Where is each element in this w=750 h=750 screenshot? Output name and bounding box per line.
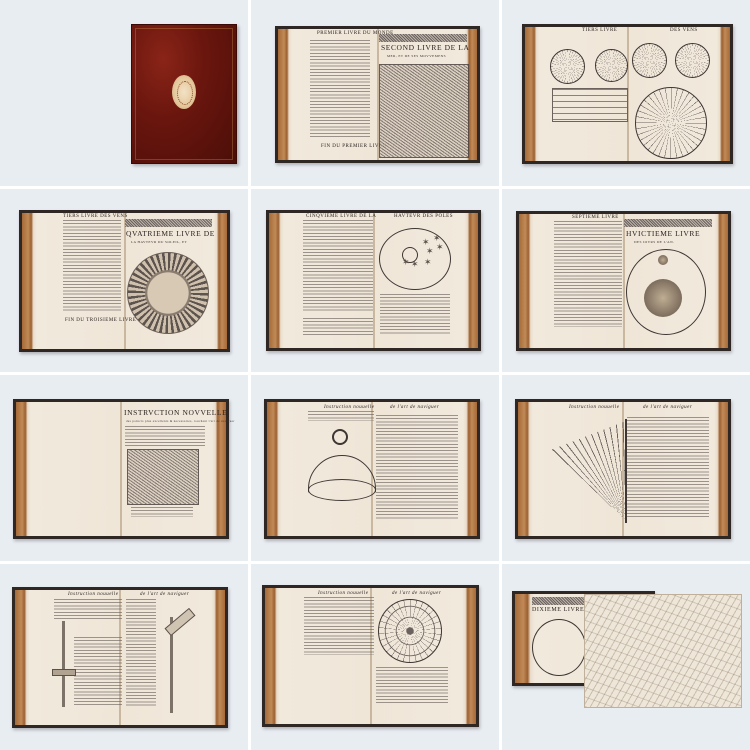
folding-map [584, 594, 742, 708]
sun-face-woodcut [127, 252, 209, 334]
right-header: de l'art de naviguer [643, 405, 692, 410]
tile-sun-face: TIERS LIVRE DES VENS FIN DU TROISIEME LI… [0, 189, 248, 372]
tile-cross-staff: Instruction nouuelle de l'art de navigue… [0, 564, 248, 750]
open-book: TIERS LIVRE DES VENS [522, 24, 733, 164]
tile-globe-diagram: SEPTIEME LIVRE HVICTIEME LIVRE DES IOVRS… [502, 189, 750, 372]
right-subtitle: DES IOVRS DE L'AN. [634, 240, 674, 244]
wheel-diagram [675, 43, 710, 78]
right-subtitle: LA HAVTEVR DU SOLEIL, ET [131, 240, 187, 244]
left-header: TIERS LIVRE [582, 28, 617, 33]
tile-armillary: Instruction nouuelle de l'art de navigue… [251, 375, 499, 561]
left-header: Instruction nouuelle [569, 405, 619, 410]
book-cover [131, 24, 237, 164]
left-header: SEPTIEME LIVRE [572, 215, 619, 220]
ship-woodcut [127, 449, 199, 505]
wind-rose-diagram [532, 619, 586, 676]
star-icon: ✶ [402, 258, 410, 267]
left-header: Instruction nouuelle [68, 592, 118, 597]
ring-icon [332, 429, 348, 445]
left-footer: FIN DU TROISIEME LIVRE [65, 318, 136, 323]
right-subtitle: des poincts plus excellents & necessaire… [126, 419, 235, 423]
right-header: DES VENS [670, 28, 698, 33]
left-header: TIERS LIVRE DES VENS [63, 214, 128, 219]
table [552, 88, 628, 122]
oval-centerpiece-icon [172, 75, 196, 109]
left-header: Instruction nouuelle [318, 591, 368, 596]
large-wheel-diagram [635, 87, 707, 159]
star-icon: ✶ [411, 260, 419, 269]
left-header: Instruction nouuelle [324, 405, 374, 410]
right-title: SECOND LIVRE DE LA [381, 44, 470, 52]
right-header: HAVTEVR DES POLES [394, 214, 453, 219]
cross-staff-icon [62, 621, 65, 707]
wheel-diagram [550, 49, 585, 84]
tile-title-page: INSTRVCTION NOVVELLE des poincts plus ex… [0, 375, 248, 561]
right-header: de l'art de naviguer [392, 591, 441, 596]
body-text [310, 40, 370, 138]
right-title: INSTRVCTION NOVVELLE [124, 409, 227, 417]
moon-icon [658, 255, 668, 265]
tile-fan-scale: Instruction nouuelle de l'art de navigue… [502, 375, 750, 561]
right-subtitle: MER, ET DE SES MOVVEMENS [387, 54, 446, 58]
volvelle-diagram [378, 599, 442, 663]
left-footer: FIN DU PREMIER LIVRE [321, 144, 386, 149]
tile-volvelle: Instruction nouuelle de l'art de navigue… [251, 564, 499, 750]
star-icon: ✶ [424, 258, 432, 267]
tile-closed-book [0, 0, 248, 186]
star-icon: ✶ [426, 247, 434, 256]
left-header: CINQVIEME LIVRE DE LA [306, 214, 376, 219]
tile-pole-stars: CINQVIEME LIVRE DE LA HAVTEVR DES POLES … [251, 189, 499, 372]
tile-second-livre: PREMIER LIVRE DU MONDE FIN DU PREMIER LI… [251, 0, 499, 186]
open-book: PREMIER LIVRE DU MONDE FIN DU PREMIER LI… [275, 26, 480, 163]
right-title: QVATRIEME LIVRE DE [126, 230, 215, 238]
tile-wheel-diagrams: TIERS LIVRE DES VENS [502, 0, 750, 186]
wheel-diagram [595, 49, 628, 82]
star-icon: ✶ [436, 243, 444, 252]
right-header: de l'art de naviguer [390, 405, 439, 410]
photo-grid: PREMIER LIVRE DU MONDE FIN DU PREMIER LI… [0, 0, 750, 750]
right-title: HVICTIEME LIVRE [626, 230, 700, 238]
wheel-diagram [632, 43, 667, 78]
tile-folding-map: DIXIEME LIVRE DE [502, 564, 750, 750]
right-header: de l'art de naviguer [140, 592, 189, 597]
ships-woodcut [379, 64, 469, 158]
globe-icon [644, 279, 682, 317]
